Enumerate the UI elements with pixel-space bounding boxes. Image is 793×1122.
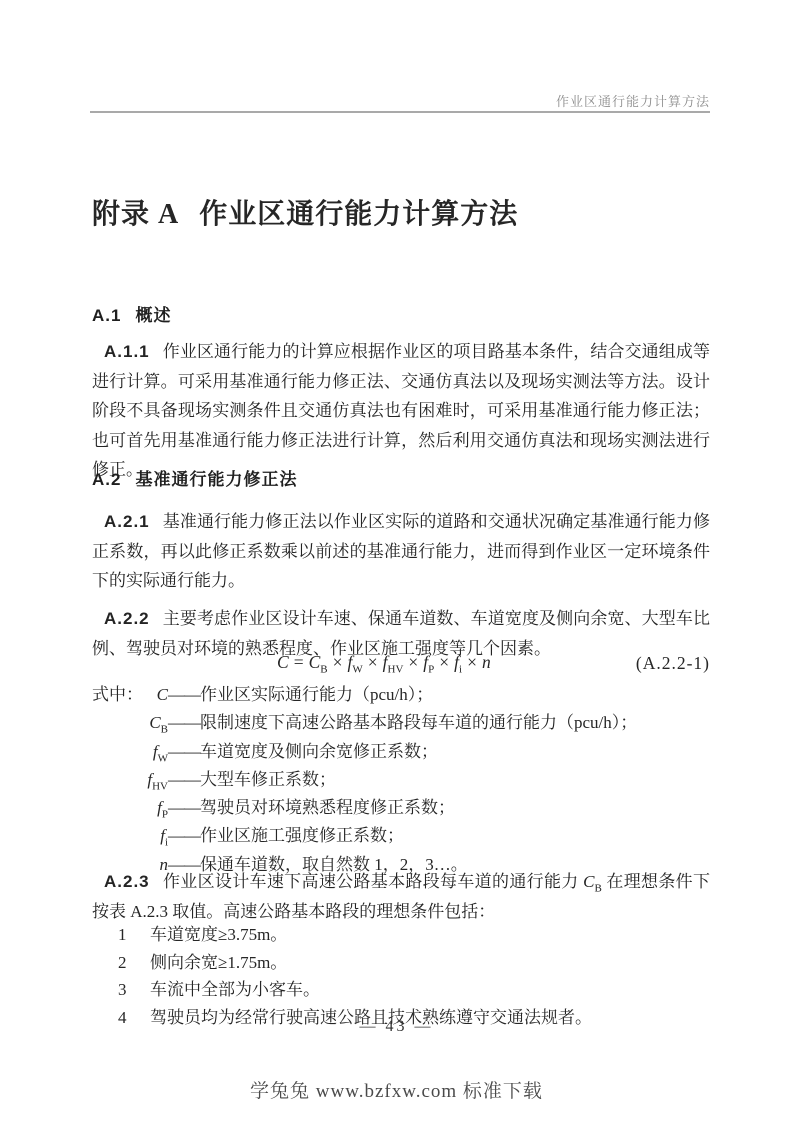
legend-row-c: 式中： C ——作业区实际通行能力（pcu/h）； [92,681,710,709]
equation-expression: C=CB×fW×fHV×fP×fi×n [277,652,491,673]
running-header-title: 作业区通行能力计算方法 [556,91,710,110]
section-title: 基准通行能力修正法 [135,470,297,489]
paragraph-a11: A.1.1作业区通行能力的计算应根据作业区的项目路基本条件，结合交通组成等进行计… [92,337,710,485]
list-item-text: 侧向余宽≥1.75m。 [150,949,287,977]
symbol-fp: fP [92,794,168,822]
inline-symbol-cb: CB [583,872,602,891]
legend-dash: —— [168,685,200,704]
legend-row-fi: fi ——作业区施工强度修正系数； [92,822,710,850]
section-heading-a1: A.1概述 [92,301,171,326]
legend-dash: —— [168,798,200,817]
page-number: — 43 — [0,1018,793,1036]
legend-definition: 限制速度下高速公路基本路段每车道的通行能力（pcu/h）； [200,713,637,732]
list-item: 2 侧向余宽≥1.75m。 [92,949,710,977]
document-page: 作业区通行能力计算方法 附录 A作业区通行能力计算方法 A.1概述 A.1.1作… [0,0,793,1122]
times-sign: × [408,652,418,672]
list-item-number: 2 [118,949,150,977]
legend-definition: 车道宽度及侧向余宽修正系数； [200,742,438,761]
times-sign: × [439,652,449,672]
list-item-number: 1 [118,921,150,949]
symbol-fhv: fHV [92,766,168,794]
term-fi: fi [454,652,462,672]
term-cb: CB [309,652,328,672]
equation-number: (A.2.2-1) [636,653,710,674]
section-number: A.1 [92,306,121,325]
term-fw: fW [348,652,363,672]
section-heading-a2: A.2基准通行能力修正法 [92,465,297,490]
term-fhv: fHV [383,652,404,672]
symbol-cb: CB [92,709,168,737]
equals-sign: = [294,652,304,672]
clause-text-pre: 作业区设计车速下高速公路基本路段每车道的通行能力 [163,872,584,891]
paragraph-a21: A.2.1基准通行能力修正法以作业区实际的道路和交通状况确定基准通行能力修正系数… [92,507,710,596]
watermark-text: 学兔兔 www.bzfxw.com 标准下载 [0,1076,793,1103]
legend-definition: 作业区施工强度修正系数； [200,826,404,845]
symbol-c: C [92,681,168,709]
list-item: 3 车流中全部为小客车。 [92,976,710,1004]
formula-legend: 式中： C ——作业区实际通行能力（pcu/h）； CB ——限制速度下高速公路… [92,681,710,879]
list-item-text: 车流中全部为小客车。 [150,976,320,1004]
list-item-number: 3 [118,976,150,1004]
appendix-title-text: 作业区通行能力计算方法 [199,199,518,230]
times-sign: × [467,652,477,672]
section-number: A.2 [92,470,121,489]
clause-number: A.1.1 [104,342,150,361]
legend-definition: 作业区实际通行能力（pcu/h）； [200,685,433,704]
appendix-title: 附录 A作业区通行能力计算方法 [92,192,518,232]
ideal-conditions-list: 1 车道宽度≥3.75m。 2 侧向余宽≥1.75m。 3 车流中全部为小客车。… [92,921,710,1031]
symbol-fi: fi [92,822,168,850]
clause-number: A.2.2 [104,609,150,628]
var-c: C [277,652,289,672]
legend-dash: —— [168,826,200,845]
header-rule [90,111,710,113]
list-item-text: 车道宽度≥3.75m。 [150,921,287,949]
clause-text: 作业区通行能力的计算应根据作业区的项目路基本条件，结合交通组成等进行计算。可采用… [92,342,710,479]
term-n: n [482,652,491,672]
section-title: 概述 [135,306,171,325]
legend-definition: 大型车修正系数； [200,770,336,789]
symbol-fw: fW [92,738,168,766]
times-sign: × [333,652,343,672]
list-item: 1 车道宽度≥3.75m。 [92,921,710,949]
paragraph-a23: A.2.3作业区设计车速下高速公路基本路段每车道的通行能力 CB 在理想条件下按… [92,867,710,926]
clause-text: 主要考虑作业区设计车速、保通车道数、车道宽度及侧向余宽、大型车比例、驾驶员对环境… [92,609,710,658]
clause-number: A.2.3 [104,872,150,891]
equation-a221: C=CB×fW×fHV×fP×fi×n (A.2.2-1) [92,652,710,680]
legend-row-cb: CB ——限制速度下高速公路基本路段每车道的通行能力（pcu/h）； [92,709,710,737]
clause-number: A.2.1 [104,512,150,531]
legend-dash: —— [168,770,200,789]
legend-row-fw: fW ——车道宽度及侧向余宽修正系数； [92,738,710,766]
appendix-number: 附录 A [92,199,179,230]
legend-row-fp: fP ——驾驶员对环境熟悉程度修正系数； [92,794,710,822]
legend-dash: —— [168,742,200,761]
legend-definition: 驾驶员对环境熟悉程度修正系数； [200,798,455,817]
legend-row-fhv: fHV ——大型车修正系数； [92,766,710,794]
legend-dash: —— [168,713,200,732]
term-fp: fP [423,652,434,672]
times-sign: × [368,652,378,672]
clause-text: 基准通行能力修正法以作业区实际的道路和交通状况确定基准通行能力修正系数，再以此修… [92,512,710,590]
